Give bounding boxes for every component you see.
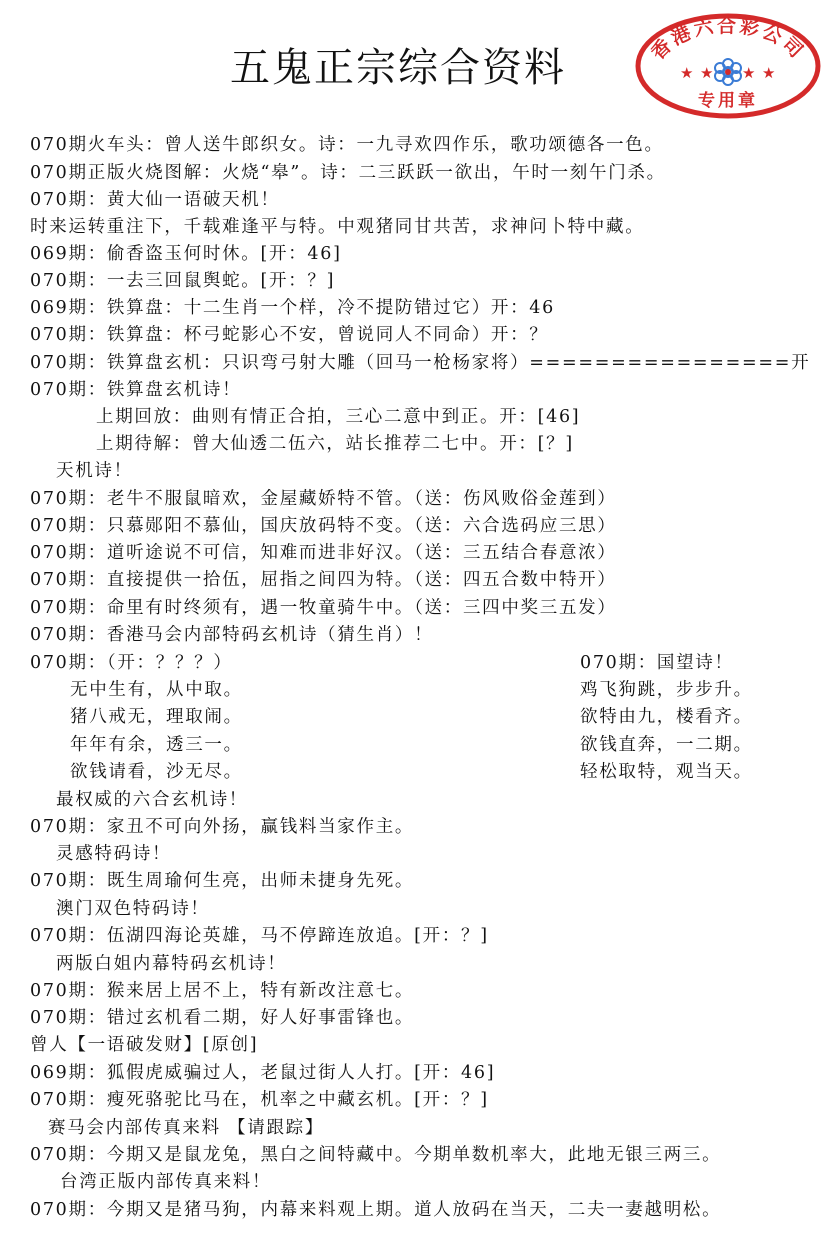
text-line: 070期：香港马会内部特码玄机诗（猜生肖）！ <box>30 622 433 648</box>
text-line: 070期：命里有时终须有，遇一牧童骑牛中。（送：三四中奖三五发） <box>30 595 617 621</box>
text-line: 070期：黄大仙一语破天机！ <box>30 187 280 213</box>
text-line: 天机诗！ <box>56 458 133 484</box>
text-line: 070期：家丑不可向外扬，赢钱料当家作主。 <box>30 814 414 840</box>
text-line: 上期回放：曲则有情正合拍，三心二意中到正。开：[46] <box>96 404 580 430</box>
text-line: 最权威的六合玄机诗！ <box>56 787 248 813</box>
text-line: 澳门双色特码诗！ <box>56 896 210 922</box>
right-poem-line: 鸡飞狗跳，步步升。 <box>580 677 753 703</box>
text-line: 曾人【一语破发财】[原创] <box>30 1032 258 1058</box>
text-line: 070期：老牛不服鼠暗欢，金屋藏娇特不管。（送：伤风败俗金莲到） <box>30 486 617 512</box>
text-line: 070期：道听途说不可信，知难而进非好汉。（送：三五结合春意浓） <box>30 540 617 566</box>
right-poem-line: 轻松取特，观当天。 <box>580 759 753 785</box>
text-line: 070期：今期又是鼠龙兔，黑白之间特藏中。今期单数机率大，此地无银三两三。 <box>30 1142 721 1168</box>
text-line: 070期：一去三回鼠舆蛇。[开：？] <box>30 268 335 294</box>
text-line: 两版白姐内幕特码玄机诗！ <box>56 951 286 977</box>
text-line: 无中生有，从中取。 <box>70 677 243 703</box>
text-line: 070期：今期又是猪马狗，内幕来料观上期。道人放码在当天，二夫一妻越明松。 <box>30 1197 721 1223</box>
text-line: 069期：狐假虎威骗过人，老鼠过街人人打。[开：46] <box>30 1060 495 1086</box>
text-line: 070期正版火烧图解：火烧“皋”。诗：二三跃跃一欲出，午时一刻午门杀。 <box>30 160 666 186</box>
text-line: 070期：只慕郧阳不慕仙，国庆放码特不变。（送：六合选码应三思） <box>30 513 617 539</box>
right-poem-line: 欲特由九，楼看齐。 <box>580 704 753 730</box>
text-line: 赛马会内部传真来料 【请跟踪】 <box>48 1115 324 1141</box>
text-line: 070期：伍湖四海论英雄，马不停蹄连放追。[开：？] <box>30 923 489 949</box>
text-line: 070期：（开：？？？） <box>30 650 233 676</box>
text-line: 时来运转重注下，千载难逢平与特。中观猪同甘共苦，求神问卜特中藏。 <box>30 214 644 240</box>
text-line: 070期：直接提供一拾伍，屈指之间四为特。（送：四五合数中特开） <box>30 567 617 593</box>
svg-text:★: ★ <box>680 64 693 82</box>
text-line: 070期：猴来居上居不上，特有新改注意七。 <box>30 978 414 1004</box>
text-line: 猪八戒无，理取闹。 <box>70 704 243 730</box>
right-poem-line: 欲钱直奔，一二期。 <box>580 732 753 758</box>
svg-text:★: ★ <box>700 64 713 82</box>
text-line: 070期：铁算盘玄机：只识弯弓射大雕（回马一枪杨家将）=============… <box>30 350 810 376</box>
page-title: 五鬼正宗综合资料 <box>230 36 566 93</box>
text-line: 070期：错过玄机看二期，好人好事雷锋也。 <box>30 1005 414 1031</box>
text-line: 070期：既生周瑜何生亮，出师未捷身先死。 <box>30 868 414 894</box>
text-line: 上期待解：曾大仙透二伍六，站长推荐二七中。开：[？] <box>96 431 574 457</box>
text-line: 070期：瘦死骆驼比马在，机率之中藏玄机。[开：？] <box>30 1087 489 1113</box>
text-line: 灵感特码诗！ <box>56 841 171 867</box>
company-stamp: 香港六合彩公司 ★ ★ ★ ★ 专用章 <box>634 12 822 120</box>
text-line: 欲钱请看，沙无尽。 <box>70 759 243 785</box>
text-line: 年年有余，透三一。 <box>70 732 243 758</box>
text-line: 070期：铁算盘玄机诗！ <box>30 377 241 403</box>
stamp-bottom-text: 专用章 <box>698 90 758 111</box>
svg-text:★: ★ <box>742 64 755 82</box>
svg-text:★: ★ <box>762 64 775 82</box>
right-poem-title: 070期：国望诗！ <box>580 650 734 676</box>
text-line: 台湾正版内部传真来料！ <box>60 1169 271 1195</box>
text-line: 069期：铁算盘：十二生肖一个样，冷不提防错过它）开：46 <box>30 295 555 321</box>
text-line: 069期：偷香盗玉何时休。[开：46] <box>30 241 342 267</box>
text-line: 070期火车头：曾人送牛郎织女。诗：一九寻欢四作乐，歌功颂德各一色。 <box>30 132 664 158</box>
stamp-seal-icon: 香港六合彩公司 ★ ★ ★ ★ 专用章 <box>634 12 822 120</box>
text-line: 070期：铁算盘：杯弓蛇影心不安，曾说同人不同命）开：？ <box>30 322 549 348</box>
